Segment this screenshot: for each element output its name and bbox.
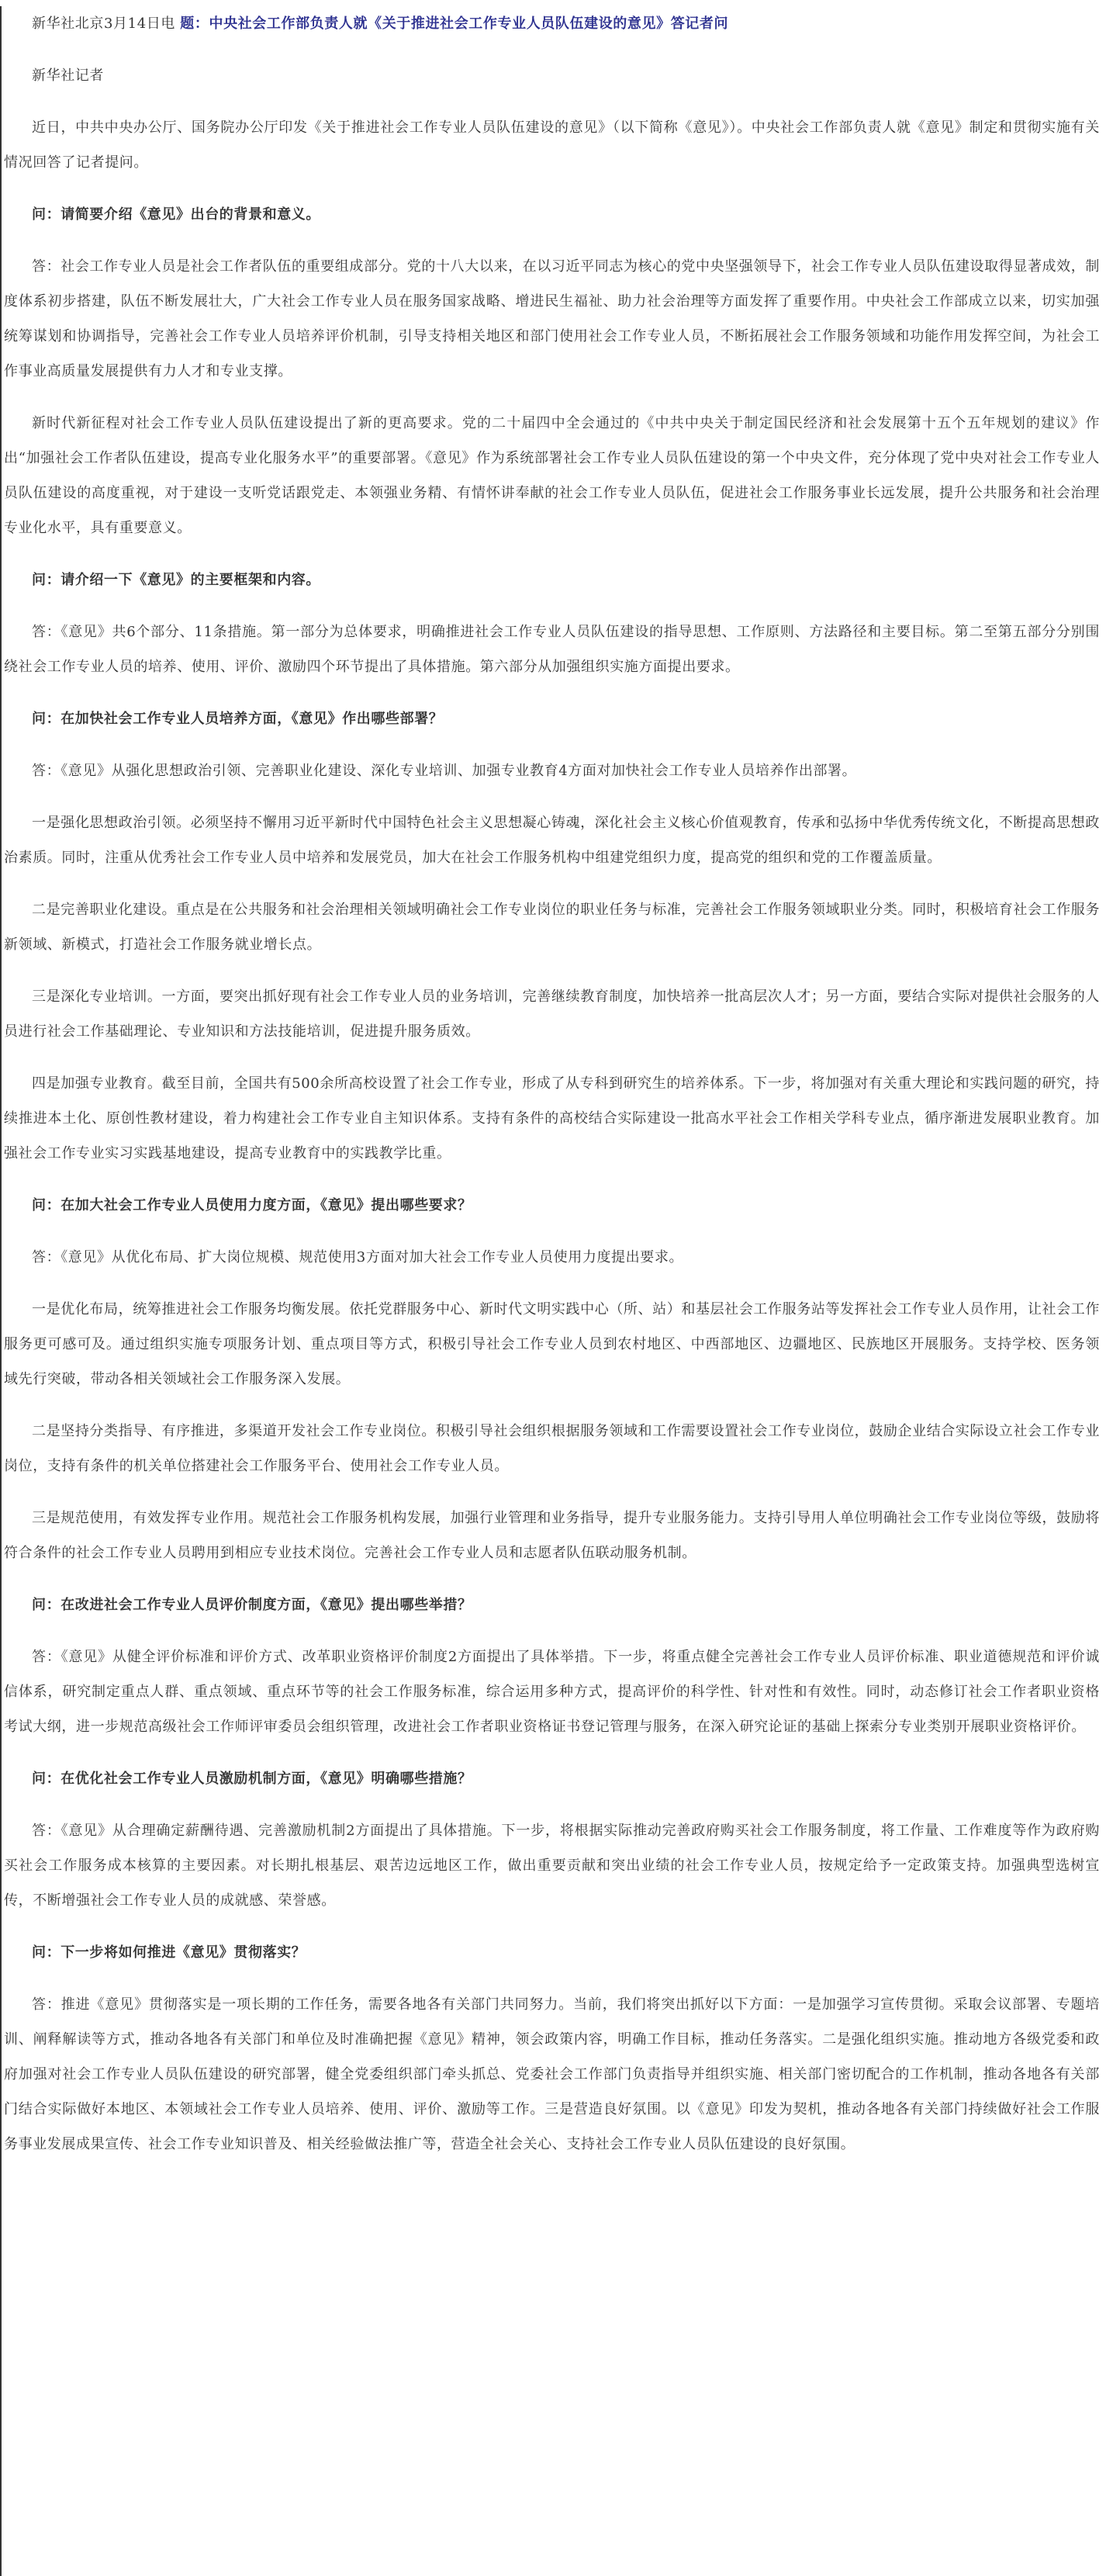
answer-paragraph: 一是优化布局，统筹推进社会工作服务均衡发展。依托党群服务中心、新时代文明实践中心… (4, 1292, 1100, 1397)
answer-paragraph: 三是深化专业培训。一方面，要突出抓好现有社会工作专业人员的业务培训，完善继续教育… (4, 979, 1100, 1049)
question-7: 问：下一步将如何推进《意见》贯彻落实？ (4, 1935, 1100, 1970)
byline: 新华社记者 (4, 58, 1100, 93)
answer-paragraph: 答：《意见》从优化布局、扩大岗位规模、规范使用3方面对加大社会工作专业人员使用力… (4, 1240, 1100, 1275)
question-3: 问：在加快社会工作专业人员培养方面，《意见》作出哪些部署？ (4, 701, 1100, 736)
answer-paragraph: 四是加强专业教育。截至目前，全国共有500余所高校设置了社会工作专业，形成了从专… (4, 1066, 1100, 1171)
dateline-paragraph: 新华社北京3月14日电 题：中央社会工作部负责人就《关于推进社会工作专业人员队伍… (4, 6, 1100, 41)
question-4: 问：在加大社会工作专业人员使用力度方面，《意见》提出哪些要求？ (4, 1188, 1100, 1223)
answer-paragraph: 答：《意见》从合理确定薪酬待遇、完善激励机制2方面提出了具体措施。下一步，将根据… (4, 1813, 1100, 1918)
answer-paragraph: 答：《意见》共6个部分、11条措施。第一部分为总体要求，明确推进社会工作专业人员… (4, 615, 1100, 684)
intro-paragraph: 近日，中共中央办公厅、国务院办公厅印发《关于推进社会工作专业人员队伍建设的意见》… (4, 110, 1100, 180)
question-5: 问：在改进社会工作专业人员评价制度方面，《意见》提出哪些举措？ (4, 1587, 1100, 1622)
answer-paragraph: 答：《意见》从健全评价标准和评价方式、改革职业资格评价制度2方面提出了具体举措。… (4, 1639, 1100, 1744)
dateline: 新华社北京3月14日电 (32, 16, 175, 32)
question-1: 问：请简要介绍《意见》出台的背景和意义。 (4, 197, 1100, 232)
article-title: 题：中央社会工作部负责人就《关于推进社会工作专业人员队伍建设的意见》答记者问 (180, 16, 728, 32)
question-6: 问：在优化社会工作专业人员激励机制方面，《意见》明确哪些措施？ (4, 1761, 1100, 1796)
answer-paragraph: 新时代新征程对社会工作专业人员队伍建设提出了新的更高要求。党的二十届四中全会通过… (4, 406, 1100, 545)
answer-paragraph: 二是坚持分类指导、有序推进，多渠道开发社会工作专业岗位。积极引导社会组织根据服务… (4, 1414, 1100, 1484)
answer-paragraph: 答：推进《意见》贯彻落实是一项长期的工作任务，需要各地各有关部门共同努力。当前，… (4, 1987, 1100, 2162)
article-body: 新华社北京3月14日电 题：中央社会工作部负责人就《关于推进社会工作专业人员队伍… (2, 6, 1106, 2162)
answer-paragraph: 答：《意见》从强化思想政治引领、完善职业化建设、深化专业培训、加强专业教育4方面… (4, 753, 1100, 788)
answer-paragraph: 二是完善职业化建设。重点是在公共服务和社会治理相关领域明确社会工作专业岗位的职业… (4, 892, 1100, 962)
question-2: 问：请介绍一下《意见》的主要框架和内容。 (4, 563, 1100, 597)
answer-paragraph: 三是规范使用，有效发挥专业作用。规范社会工作服务机构发展，加强行业管理和业务指导… (4, 1501, 1100, 1570)
answer-paragraph: 答：社会工作专业人员是社会工作者队伍的重要组成部分。党的十八大以来，在以习近平同… (4, 249, 1100, 389)
answer-paragraph: 一是强化思想政治引领。必须坚持不懈用习近平新时代中国特色社会主义思想凝心铸魂，深… (4, 805, 1100, 875)
